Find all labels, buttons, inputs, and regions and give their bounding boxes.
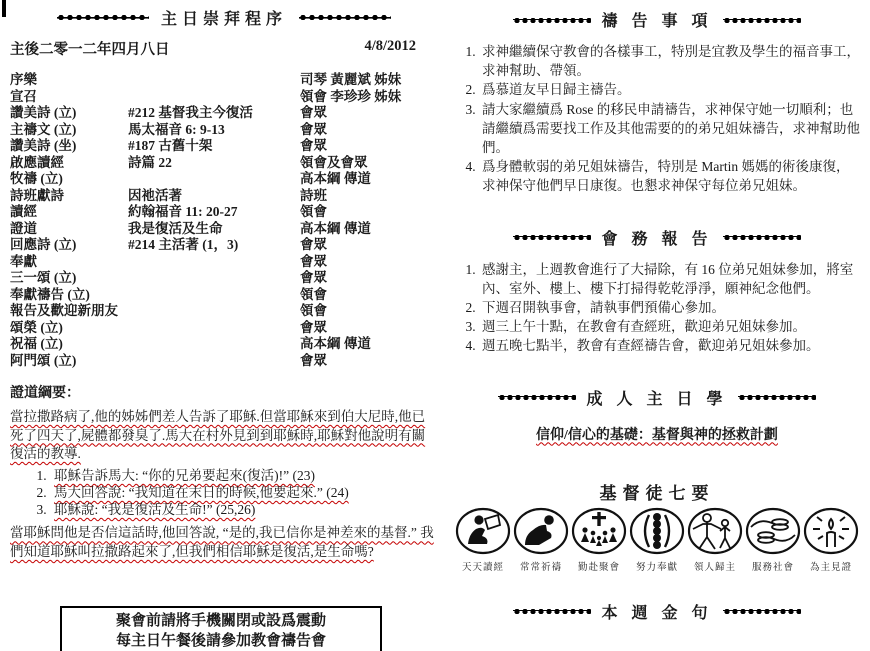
chain-ornament-icon [57, 13, 149, 22]
golden-verse-header: 本 週 金 句 [452, 600, 862, 623]
worship-item-response: 領會 [300, 303, 438, 320]
report-item: 下週召開執事會，請執事們預備心參加。 [479, 298, 862, 317]
worship-row: 奉獻禱告 (立)領會 [10, 287, 438, 304]
page-title: 主日崇拜程序 [161, 6, 287, 29]
seven-item: 努力奉獻 [629, 507, 686, 573]
worship-row: 啟應讀經詩篇 22領會及會眾 [10, 155, 438, 172]
offering-icon [629, 507, 685, 555]
report-section-header: 會 務 報 告 [452, 226, 862, 249]
worship-item-content [128, 72, 300, 89]
chain-ornament-icon [498, 393, 576, 401]
chain-ornament-icon [513, 607, 591, 615]
worship-item-response: 會眾 [300, 138, 438, 155]
worship-item-response: 會眾 [300, 270, 438, 287]
worship-item-response: 高本綱 傳道 [300, 221, 438, 238]
chain-ornament-icon [723, 233, 801, 241]
worship-item-label: 回應詩 (立) [10, 237, 128, 254]
prayer-icon [513, 507, 569, 555]
sermon-point: 耶穌告訴馬大: “你的兄弟要起來(復活)!” (23) [50, 467, 438, 484]
worship-item-content: #214 主活著 (1，3) [128, 237, 300, 254]
worship-item-content: 因祂活著 [128, 188, 300, 205]
prayer-item: 請大家繼續爲 Rose 的移民申請禱告，求神保守她一切順利；也請繼續爲需要找工作… [479, 100, 862, 158]
chain-ornament-icon [513, 16, 591, 24]
worship-item-response: 詩班 [300, 188, 438, 205]
sermon-outline: 證道綱要： 當拉撒路病了,他的姊姊們差人告訴了耶穌.但當耶穌來到伯大尼時,他已死… [10, 382, 438, 562]
read-bible-icon [455, 507, 511, 555]
seven-item-label: 天天讀經 [462, 559, 504, 573]
chain-ornament-icon [513, 233, 591, 241]
worship-row: 主禱文 (立)馬太福音 6: 9-13會眾 [10, 122, 438, 139]
chain-ornament-icon [299, 13, 391, 22]
worship-item-label: 報告及歡迎新朋友 [10, 303, 128, 320]
worship-item-response: 領會 [300, 287, 438, 304]
worship-row: 三一頌 (立)會眾 [10, 270, 438, 287]
worship-item-response: 會眾 [300, 353, 438, 370]
serve-society-icon [745, 507, 801, 555]
sunday-school-title: 成 人 主 日 學 [586, 386, 727, 409]
announcements-column: 禱 告 事 項 求神繼續保守教會的各樣事工，特別是宜教及學生的福音事工，求神幫助… [452, 8, 862, 623]
worship-item-label: 牧禱 (立) [10, 171, 128, 188]
seven-item: 服務社會 [745, 507, 802, 573]
prayer-item: 爲慕道友早日歸主禱告。 [479, 80, 862, 99]
golden-verse-title: 本 週 金 句 [601, 600, 712, 623]
worship-item-label: 祝福 (立) [10, 336, 128, 353]
report-item: 週五晚七點半，教會有查經禱告會，歡迎弟兄姐妹參加。 [479, 336, 862, 355]
prayer-section-title: 禱 告 事 項 [601, 8, 712, 31]
worship-row: 祝福 (立)高本綱 傳道 [10, 336, 438, 353]
worship-item-content: 我是復活及生命 [128, 221, 300, 238]
report-item: 感謝主，上週教會進行了大掃除，有 16 位弟兄姐妹參加，將室內、室外、樓上、樓下… [479, 260, 862, 298]
seven-essentials-section: 基督徒七要 天天讀經 [452, 479, 862, 573]
worship-item-content: 約翰福音 11: 20-27 [128, 204, 300, 221]
prayer-item: 爲身體軟弱的弟兄姐妹禱告，特別是 Martin 媽媽的術後康復，求神保守他們早日… [479, 157, 862, 195]
worship-row: 詩班獻詩因祂活著詩班 [10, 188, 438, 205]
worship-order-column: 主日崇拜程序 主後二零一二年四月八日 4/8/2012 序樂司琴 黃麗斌 姊妹宣… [10, 6, 438, 562]
worship-row: 阿門頌 (立)會眾 [10, 353, 438, 370]
bulletin-page: 主日崇拜程序 主後二零一二年四月八日 4/8/2012 序樂司琴 黃麗斌 姊妹宣… [0, 0, 870, 651]
worship-row: 序樂司琴 黃麗斌 姊妹 [10, 72, 438, 89]
seven-item-label: 努力奉獻 [636, 559, 678, 573]
seven-item-label: 領人歸主 [694, 559, 736, 573]
sermon-points-list: 耶穌告訴馬大: “你的兄弟要起來(復活)!” (23)馬大回答說: “我知道在末… [10, 467, 438, 519]
seven-item-label: 服務社會 [752, 559, 794, 573]
worship-item-content [128, 303, 300, 320]
worship-order-header: 主日崇拜程序 [10, 6, 438, 29]
worship-item-label: 三一頌 (立) [10, 270, 128, 287]
sermon-outline-heading: 證道綱要： [10, 382, 438, 402]
notice-line-1: 聚會前請將手機關閉或設爲震動 [66, 611, 376, 631]
chain-ornament-icon [723, 607, 801, 615]
worship-item-response: 高本綱 傳道 [300, 336, 438, 353]
worship-item-label: 奉獻 [10, 254, 128, 271]
worship-item-response: 司琴 黃麗斌 姊妹 [300, 72, 438, 89]
worship-item-content [128, 171, 300, 188]
worship-item-content [128, 89, 300, 106]
worship-item-content [128, 320, 300, 337]
seven-item-label: 為主見證 [810, 559, 852, 573]
worship-item-content [128, 336, 300, 353]
prayer-item: 求神繼續保守教會的各樣事工，特別是宜教及學生的福音事工，求神幫助、帶領。 [479, 42, 862, 80]
worship-item-response: 會眾 [300, 237, 438, 254]
worship-table: 序樂司琴 黃麗斌 姊妹宣召領會 李珍珍 姊妹讚美詩 (立)#212 基督我主今復… [10, 72, 438, 369]
worship-row: 回應詩 (立)#214 主活著 (1，3)會眾 [10, 237, 438, 254]
worship-item-content: #187 古舊十架 [128, 138, 300, 155]
sermon-intro: 當拉撒路病了,他的姊姊們差人告訴了耶穌.但當耶穌來到伯大尼時,他已死了四天了,屍… [10, 408, 438, 464]
worship-item-response: 領會 [300, 204, 438, 221]
seven-item: 天天讀經 [455, 507, 512, 573]
chain-ornament-icon [723, 16, 801, 24]
sermon-point: 馬大回答說: “我知道在末日的時候,他要起來.” (24) [50, 484, 438, 501]
sunday-school-header: 成 人 主 日 學 [452, 386, 862, 409]
notice-box: 聚會前請將手機關閉或設爲震動 每主日午餐後請參加教會禱告會 [60, 606, 382, 651]
prayer-items-list: 求神繼續保守教會的各樣事工，特別是宜教及學生的福音事工，求神幫助、帶領。爲慕道友… [452, 42, 862, 196]
worship-item-label: 頌榮 (立) [10, 320, 128, 337]
worship-item-label: 主禱文 (立) [10, 122, 128, 139]
worship-item-label: 讚美詩 (立) [10, 105, 128, 122]
worship-item-response: 高本綱 傳道 [300, 171, 438, 188]
worship-item-content [128, 270, 300, 287]
worship-item-label: 阿門頌 (立) [10, 353, 128, 370]
seven-item: 為主見證 [803, 507, 860, 573]
worship-item-label: 序樂 [10, 72, 128, 89]
worship-row: 讚美詩 (立)#212 基督我主今復活會眾 [10, 105, 438, 122]
worship-item-response: 會眾 [300, 105, 438, 122]
date-numeric: 4/8/2012 [364, 38, 416, 59]
worship-item-response: 領會及會眾 [300, 155, 438, 172]
worship-row: 奉獻會眾 [10, 254, 438, 271]
worship-row: 讀經約翰福音 11: 20-27領會 [10, 204, 438, 221]
seven-item: 勤赴聚會 [571, 507, 628, 573]
worship-item-label: 讀經 [10, 204, 128, 221]
worship-item-label: 奉獻禱告 (立) [10, 287, 128, 304]
chain-ornament-icon [738, 393, 816, 401]
worship-item-response: 會眾 [300, 254, 438, 271]
worship-item-label: 讚美詩 (坐) [10, 138, 128, 155]
seven-item-label: 勤赴聚會 [578, 559, 620, 573]
date-chinese: 主後二零一二年四月八日 [10, 38, 170, 59]
worship-row: 宣召領會 李珍珍 姊妹 [10, 89, 438, 106]
seven-essentials-icons-row: 天天讀經 常常祈禱 [452, 507, 862, 573]
report-items-list: 感謝主，上週教會進行了大掃除，有 16 位弟兄姐妹參加，將室內、室外、樓上、樓下… [452, 260, 862, 356]
worship-item-response: 領會 李珍珍 姊妹 [300, 89, 438, 106]
notice-line-2: 每主日午餐後請參加教會禱告會 [66, 631, 376, 651]
worship-row: 頌榮 (立)會眾 [10, 320, 438, 337]
worship-row: 讚美詩 (坐)#187 古舊十架會眾 [10, 138, 438, 155]
worship-item-content [128, 254, 300, 271]
worship-item-label: 證道 [10, 221, 128, 238]
report-item: 週三上午十點，在教會有查經班，歡迎弟兄姐妹參加。 [479, 317, 862, 336]
prayer-section-header: 禱 告 事 項 [452, 8, 862, 31]
worship-item-content [128, 287, 300, 304]
cursor-artifact [2, 0, 6, 17]
worship-item-content: 馬太福音 6: 9-13 [128, 122, 300, 139]
worship-item-response: 會眾 [300, 320, 438, 337]
worship-row: 牧禱 (立)高本綱 傳道 [10, 171, 438, 188]
worship-item-response: 會眾 [300, 122, 438, 139]
sermon-conclusion: 當耶穌問他是否信這話時,他回答說, “是的,我已信你是神差來的基督.” 我們知道… [10, 524, 438, 561]
worship-item-label: 詩班獻詩 [10, 188, 128, 205]
lead-to-lord-icon [687, 507, 743, 555]
worship-item-content: #212 基督我主今復活 [128, 105, 300, 122]
seven-item: 常常祈禱 [513, 507, 570, 573]
worship-item-label: 啟應讀經 [10, 155, 128, 172]
seven-essentials-title: 基督徒七要 [452, 479, 862, 504]
gathering-icon [571, 507, 627, 555]
sunday-school-topic: 信仰/信心的基礎：基督與神的拯救計劃 [452, 424, 862, 444]
worship-item-label: 宣召 [10, 89, 128, 106]
seven-item-label: 常常祈禱 [520, 559, 562, 573]
seven-item: 領人歸主 [687, 507, 744, 573]
worship-row: 報告及歡迎新朋友領會 [10, 303, 438, 320]
witness-icon [803, 507, 859, 555]
worship-item-content: 詩篇 22 [128, 155, 300, 172]
sermon-point: 耶穌說: “我是復活及生命!” (25,26) [50, 501, 438, 518]
date-row: 主後二零一二年四月八日 4/8/2012 [10, 38, 438, 59]
worship-item-content [128, 353, 300, 370]
worship-row: 證道我是復活及生命高本綱 傳道 [10, 221, 438, 238]
report-section-title: 會 務 報 告 [601, 226, 712, 249]
